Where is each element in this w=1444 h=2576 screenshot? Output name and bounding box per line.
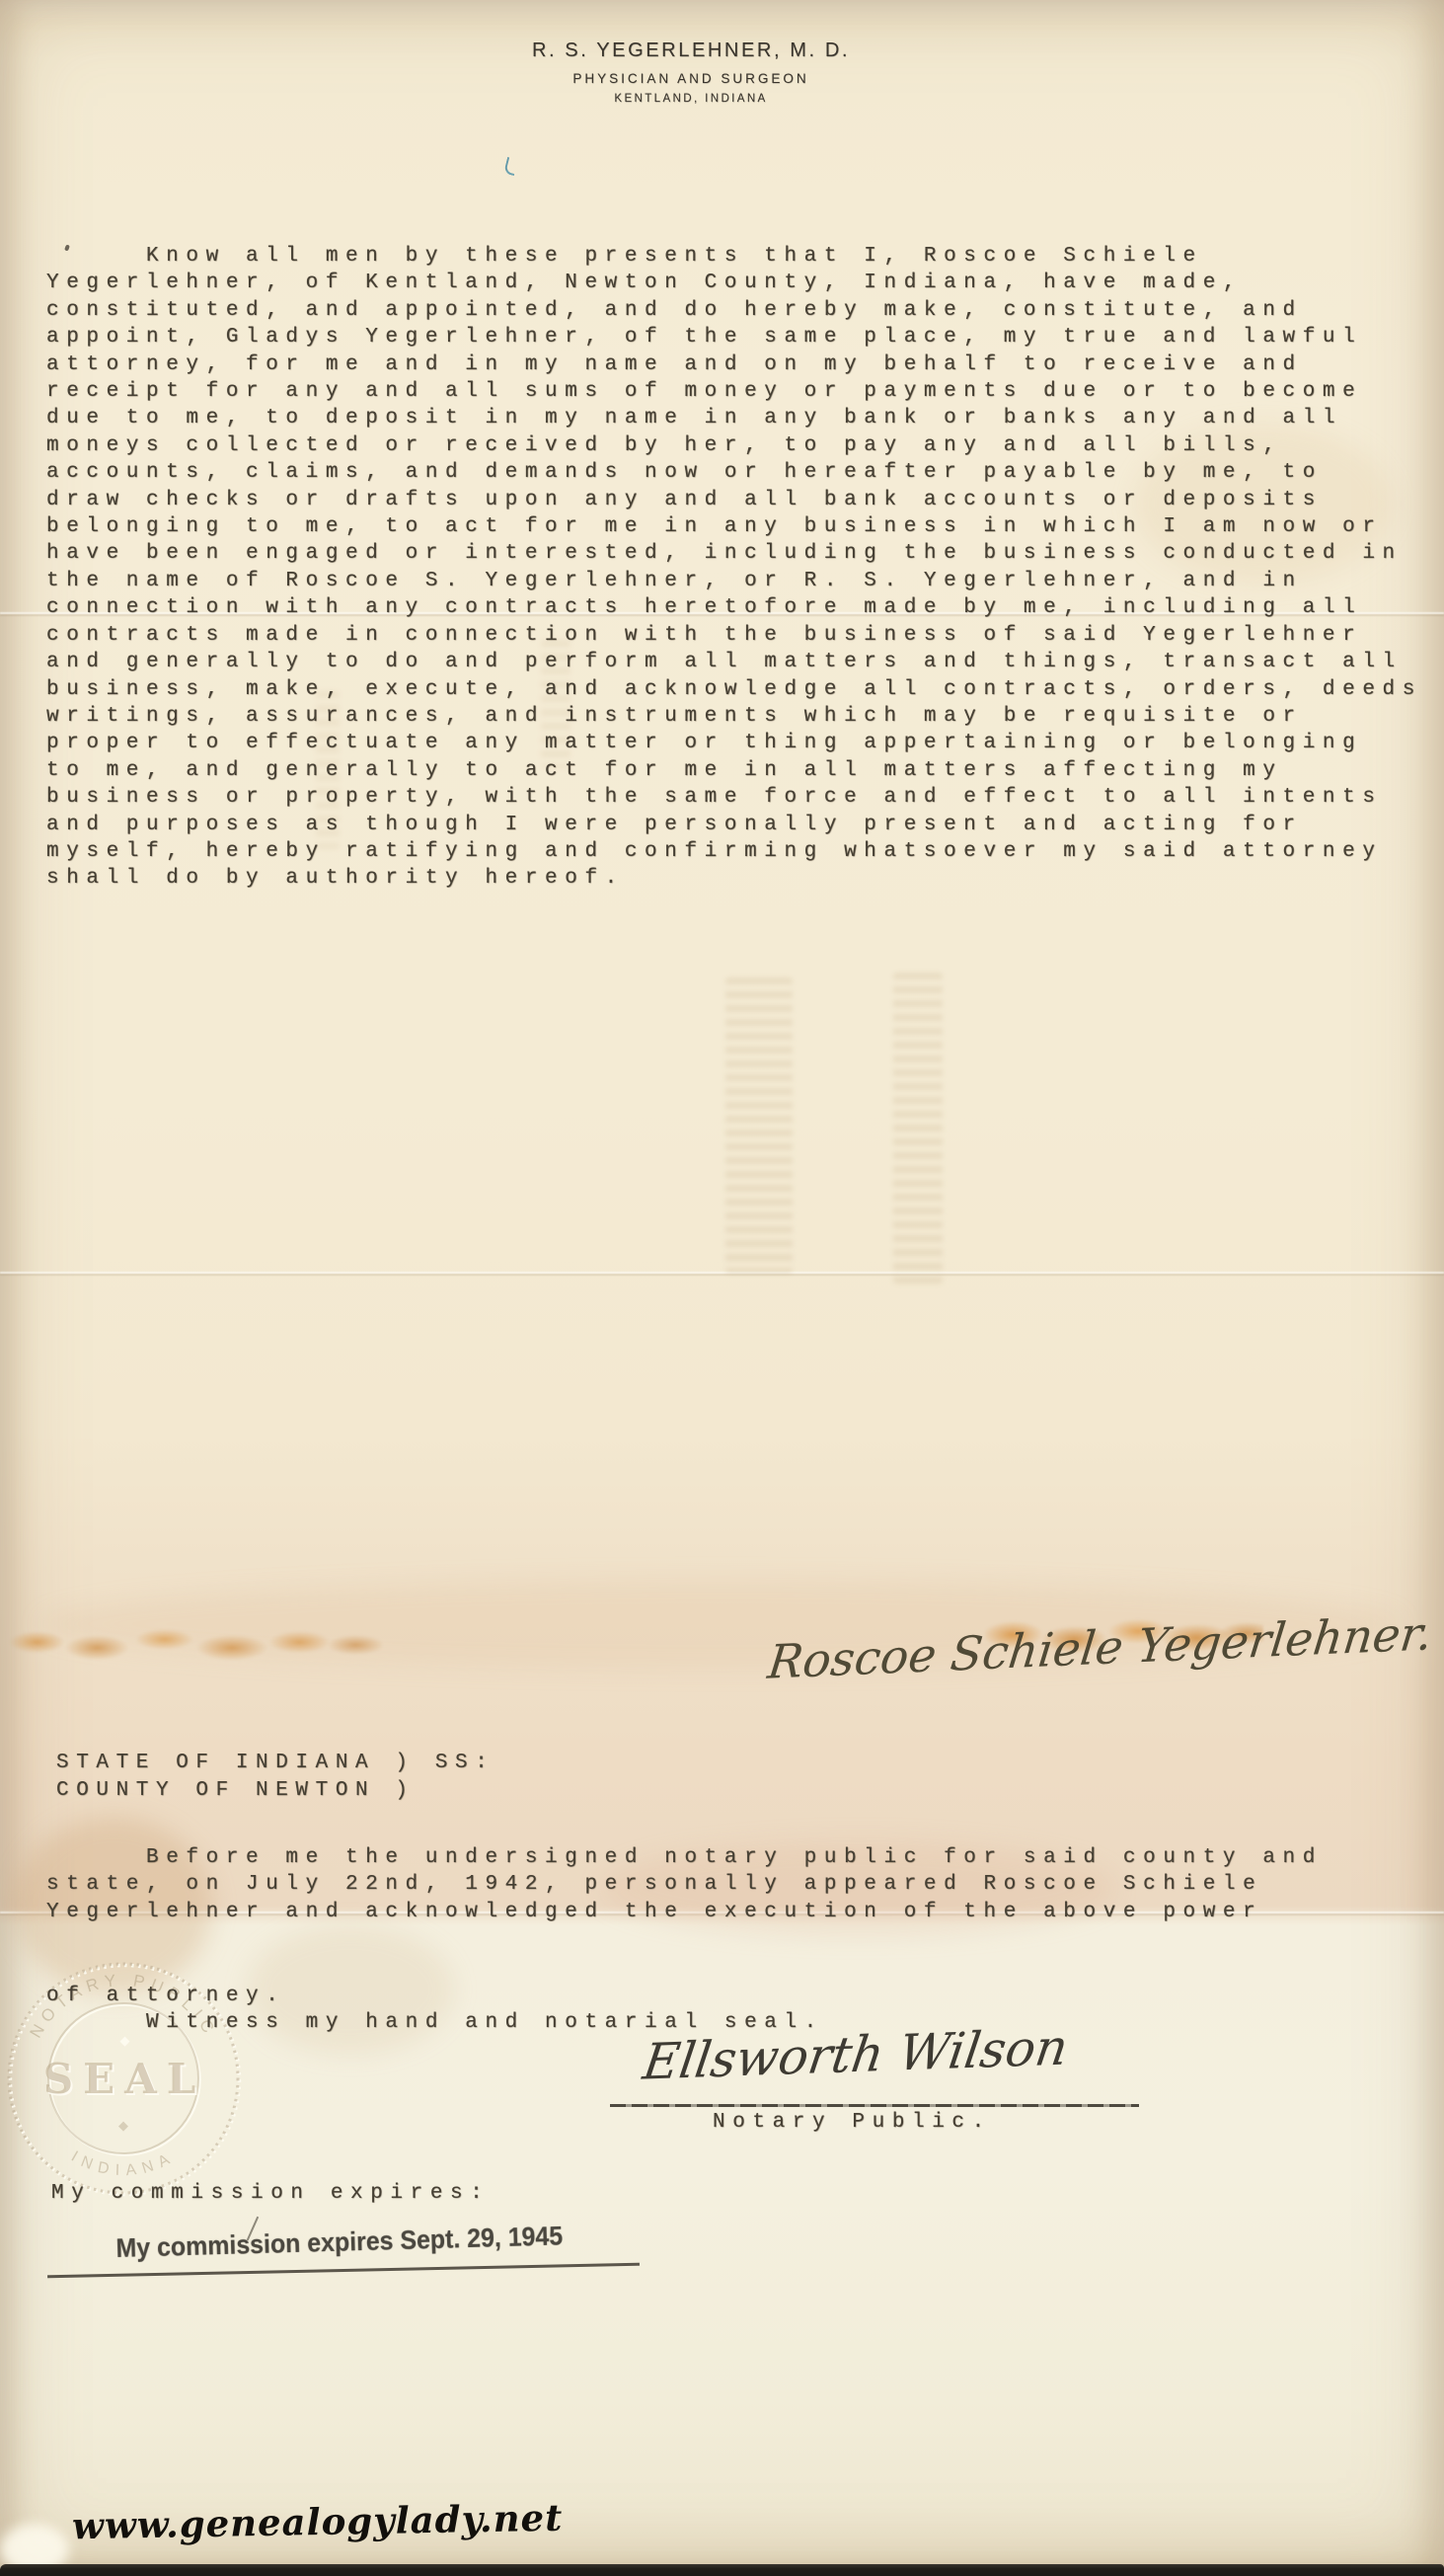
letterhead-location: KENTLAND, INDIANA [532,93,850,105]
document-scan: R. S. YEGERLEHNER, M. D. PHYSICIAN AND S… [0,0,1444,2576]
blue-ink-mark [503,157,518,176]
fold-crease-middle [0,1272,1444,1276]
stamp-strikethrough-line [47,2263,640,2278]
notary-title: Notary Public. [713,2109,992,2136]
letterhead-title: PHYSICIAN AND SURGEON [532,71,850,86]
letterhead: R. S. YEGERLEHNER, M. D. PHYSICIAN AND S… [532,39,850,105]
website-watermark: www.genealogylady.net [72,2496,564,2548]
notary-signature-line [610,2104,1139,2107]
tape-residue-left [7,1617,382,1673]
body-paragraph: Know all men by these presents that I, R… [46,243,1422,893]
notary-paragraph-2: of attorney. Witness my hand and notaria… [46,1983,824,2037]
ink-bleed-artifact [725,977,793,1274]
ink-bleed-artifact [893,973,943,1284]
letterhead-name: R. S. YEGERLEHNER, M. D. [532,39,850,62]
commission-expires-typed: My commission expires: [51,2180,490,2207]
commission-expires-stamp: My commission expires Sept. 29, 1945 [115,2221,563,2264]
seal-ornament-bottom: ◆ [118,2118,128,2133]
scan-edge-strip [0,2564,1444,2576]
seal-center-text: SEAL [43,2055,205,2103]
notary-paragraph-1: Before me the undersigned notary public … [46,1844,1323,1925]
jurat-state-county: STATE OF INDIANA ) SS: COUNTY OF NEWTON … [56,1750,494,1805]
